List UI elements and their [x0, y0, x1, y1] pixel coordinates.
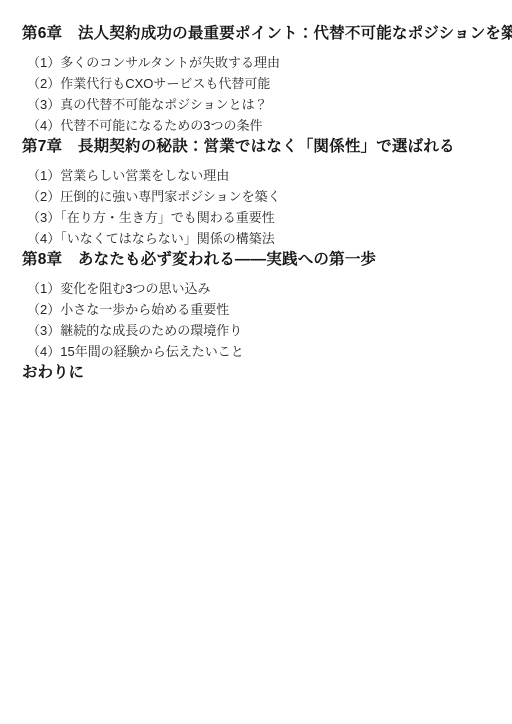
toc-item: （3）真の代替不可能なポジションとは？	[27, 94, 494, 115]
toc-item: （1）変化を阻む3つの思い込み	[27, 278, 494, 299]
toc-item: （2）作業代行もCXOサービスも代替可能	[27, 73, 494, 94]
toc-page: 第6章 法人契約成功の最重要ポイント：代替不可能なポジションを築く （1）多くの…	[0, 0, 512, 724]
chapter-7-item-list: （1）営業らしい営業をしない理由 （2）圧倒的に強い専門家ポジションを築く （3…	[22, 165, 494, 249]
chapter-6-item-list: （1）多くのコンサルタントが失敗する理由 （2）作業代行もCXOサービスも代替可…	[22, 52, 494, 136]
toc-item: （2）圧倒的に強い専門家ポジションを築く	[27, 186, 494, 207]
toc-item: （4）「いなくてはならない」関係の構築法	[27, 228, 494, 249]
chapter-6-section: 第6章 法人契約成功の最重要ポイント：代替不可能なポジションを築く （1）多くの…	[22, 23, 494, 136]
chapter-7-heading: 第7章 長期契約の秘訣：営業ではなく「関係性」で選ばれる	[22, 136, 494, 157]
chapter-7-section: 第7章 長期契約の秘訣：営業ではなく「関係性」で選ばれる （1）営業らしい営業を…	[22, 136, 494, 249]
outro-heading: おわりに	[22, 362, 494, 383]
toc-item: （1）営業らしい営業をしない理由	[27, 165, 494, 186]
chapter-8-section: 第8章 あなたも必ず変われる――実践への第一歩 （1）変化を阻む3つの思い込み …	[22, 249, 494, 362]
chapter-8-heading: 第8章 あなたも必ず変われる――実践への第一歩	[22, 249, 494, 270]
toc-item: （4）15年間の経験から伝えたいこと	[27, 341, 494, 362]
chapter-6-heading: 第6章 法人契約成功の最重要ポイント：代替不可能なポジションを築く	[22, 23, 494, 44]
toc-item: （4）代替不可能になるための3つの条件	[27, 115, 494, 136]
toc-item: （3）継続的な成長のための環境作り	[27, 320, 494, 341]
chapter-8-item-list: （1）変化を阻む3つの思い込み （2）小さな一歩から始める重要性 （3）継続的な…	[22, 278, 494, 362]
toc-item: （2）小さな一歩から始める重要性	[27, 299, 494, 320]
toc-item: （1）多くのコンサルタントが失敗する理由	[27, 52, 494, 73]
toc-item: （3）「在り方・生き方」でも関わる重要性	[27, 207, 494, 228]
